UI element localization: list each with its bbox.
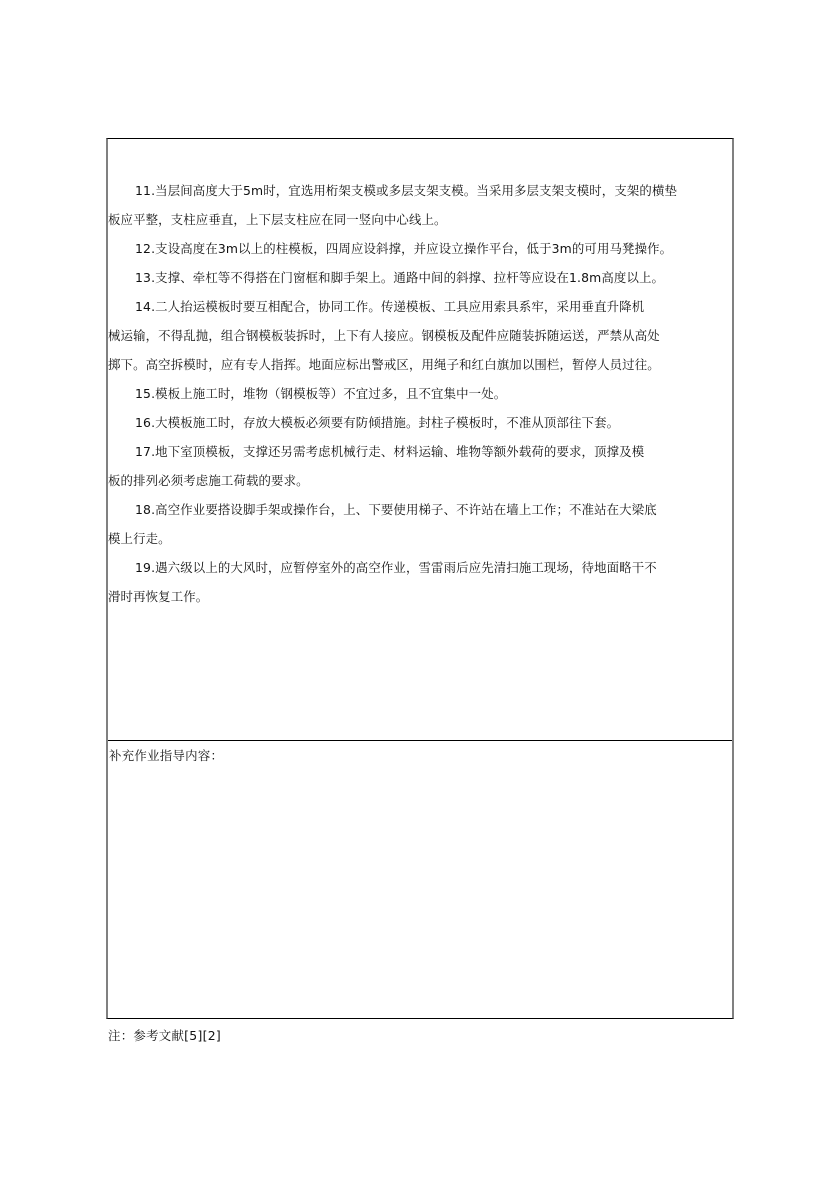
rule-18: 18.高空作业要搭设脚手架或操作台，上、下要使用梯子、不许站在墙上工作；不准站在… bbox=[108, 495, 708, 553]
rule-12-line-1: 12.支设高度在3m以上的柱模板，四周应设斜撑，并应设立操作平台，低于3m的可用… bbox=[108, 234, 708, 263]
rule-19-line-1: 19.遇六级以上的大风时，应暂停室外的高空作业，雪雷雨后应先清扫施工现场，待地面… bbox=[108, 553, 708, 582]
rule-15-line-1: 15.模板上施工时，堆物（钢模板等）不宜过多，且不宜集中一处。 bbox=[108, 379, 708, 408]
rule-13-line-1: 13.支撑、牵杠等不得搭在门窗框和脚手架上。通路中间的斜撑、拉杆等应设在1.8m… bbox=[108, 263, 708, 292]
rule-17: 17.地下室顶模板，支撑还另需考虑机械行走、材料运输、堆物等额外载荷的要求，顶撑… bbox=[108, 437, 708, 495]
rule-11-line-2: 板应平整，支柱应垂直，上下层支柱应在同一竖向中心线上。 bbox=[108, 205, 708, 234]
rule-14: 14.二人抬运模板时要互相配合，协同工作。传递模板、工具应用索具系牢，采用垂直升… bbox=[108, 292, 708, 379]
rule-11-line-1: 11.当层间高度大于5m时，宜选用桁架支模或多层支架支模。当采用多层支架支模时，… bbox=[108, 176, 708, 205]
rule-16-line-1: 16.大模板施工时，存放大模板必须要有防倾措施。封柱子模板时，不准从顶部往下套。 bbox=[108, 408, 708, 437]
instruction-table: 11.当层间高度大于5m时，宜选用桁架支模或多层支架支模。当采用多层支架支模时，… bbox=[106, 138, 734, 1019]
rule-16: 16.大模板施工时，存放大模板必须要有防倾措施。封柱子模板时，不准从顶部往下套。 bbox=[108, 408, 708, 437]
rule-14-line-1: 14.二人抬运模板时要互相配合，协同工作。传递模板、工具应用索具系牢，采用垂直升… bbox=[108, 292, 708, 321]
supplement-label: 补充作业指导内容： bbox=[109, 746, 223, 764]
rule-11: 11.当层间高度大于5m时，宜选用桁架支模或多层支架支模。当采用多层支架支模时，… bbox=[108, 176, 708, 234]
footnote-references: 注：参考文献[5][2] bbox=[108, 1026, 221, 1044]
rule-14-line-2: 械运输，不得乱抛，组合钢模板装拆时，上下有人接应。钢模板及配件应随装拆随运送，严… bbox=[108, 321, 708, 350]
rules-list: 11.当层间高度大于5m时，宜选用桁架支模或多层支架支模。当采用多层支架支模时，… bbox=[108, 176, 708, 611]
rule-17-line-1: 17.地下室顶模板，支撑还另需考虑机械行走、材料运输、堆物等额外载荷的要求，顶撑… bbox=[108, 437, 708, 466]
rule-13: 13.支撑、牵杠等不得搭在门窗框和脚手架上。通路中间的斜撑、拉杆等应设在1.8m… bbox=[108, 263, 708, 292]
rule-19: 19.遇六级以上的大风时，应暂停室外的高空作业，雪雷雨后应先清扫施工现场，待地面… bbox=[108, 553, 708, 611]
rule-17-line-2: 板的排列必须考虑施工荷载的要求。 bbox=[108, 466, 708, 495]
rule-18-line-2: 模上行走。 bbox=[108, 524, 708, 553]
safety-rules-cell: 11.当层间高度大于5m时，宜选用桁架支模或多层支架支模。当采用多层支架支模时，… bbox=[108, 139, 732, 741]
rule-12: 12.支设高度在3m以上的柱模板，四周应设斜撑，并应设立操作平台，低于3m的可用… bbox=[108, 234, 708, 263]
rule-14-line-3: 掷下。高空拆模时，应有专人指挥。地面应标出警戒区，用绳子和红白旗加以围栏，暂停人… bbox=[108, 350, 708, 379]
rule-19-line-2: 滑时再恢复工作。 bbox=[108, 582, 708, 611]
rule-18-line-1: 18.高空作业要搭设脚手架或操作台，上、下要使用梯子、不许站在墙上工作；不准站在… bbox=[108, 495, 708, 524]
rule-15: 15.模板上施工时，堆物（钢模板等）不宜过多，且不宜集中一处。 bbox=[108, 379, 708, 408]
supplement-cell[interactable]: 补充作业指导内容： bbox=[108, 741, 732, 1018]
